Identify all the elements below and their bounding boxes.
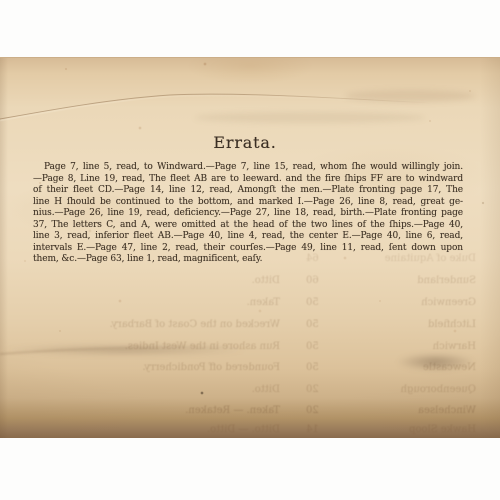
bleed-ship-name: Litchfield [346, 319, 494, 330]
bleed-guns: 20 [306, 384, 346, 395]
errata-line: nius.—Page 26, line 19, read, deficiency… [33, 208, 463, 220]
errata-line: Page 7, line 5, read, to Windward.—Page … [33, 162, 463, 174]
book-page: Duke of Aquitaine64Sunderland60Ditto.Gre… [0, 57, 500, 438]
bleed-fate: Taken. [247, 297, 306, 308]
bleed-ship-name: Winchelsea [346, 405, 494, 416]
bleed-fate: Ditto. — Ditto. [207, 424, 306, 435]
bleed-guns: 20 [306, 405, 346, 416]
photo-frame: Duke of Aquitaine64Sunderland60Ditto.Gre… [0, 0, 500, 500]
bleed-guns: 50 [306, 297, 346, 308]
bleed-ship-name: Hawke Sloop [346, 424, 494, 435]
bleed-row: Winchelsea20Taken. — Retaken. [6, 405, 494, 416]
bleed-fate: Taken. — Retaken. [185, 405, 306, 416]
bleed-guns: 50 [306, 341, 346, 352]
bleed-guns: 50 [306, 319, 346, 330]
bleed-row: Hawke Sloop14Ditto. — Ditto. [6, 424, 494, 435]
errata-line: intervals E.—Page 47, line 2, read, thei… [33, 243, 463, 255]
errata-paragraph: Page 7, line 5, read, to Windward.—Page … [33, 162, 463, 266]
bleed-row: Greenwich50Taken. [6, 297, 494, 308]
bleed-row: Queenborough20Ditto. [6, 384, 494, 395]
errata-heading: Errata. [0, 133, 490, 152]
errata-line: 37, The letters C, and A, were omitted a… [33, 220, 463, 232]
bleed-guns: 14 [306, 424, 346, 435]
bleed-fate: Wrecked on the Coast of Barbary. [110, 319, 306, 330]
bleed-fate: Ditto. [252, 275, 306, 286]
bleed-ship-name: Queenborough [346, 384, 494, 395]
errata-line: line H ſhould be continued to the bottom… [33, 197, 463, 209]
bleed-ship-name: Harwich [346, 341, 494, 352]
bleed-guns: 60 [306, 275, 346, 286]
bleed-row: Sunderland60Ditto. [6, 275, 494, 286]
bleed-fate: Ditto. [252, 384, 306, 395]
errata-line: of their fleet CD.—Page 14, line 12, rea… [33, 185, 463, 197]
errata-line: line 3, read, inferior fleet AB.—Page 40… [33, 231, 463, 243]
bleed-ship-name: Sunderland [346, 275, 494, 286]
bleed-guns: 50 [306, 362, 346, 373]
ink-bleed-smudge [195, 112, 425, 123]
errata-line: them, &c.—Page 63, line 1, read, magnifi… [33, 254, 463, 266]
bleed-ship-name: Greenwich [346, 297, 494, 308]
ink-bleed-smudge [345, 90, 475, 102]
errata-line: —Page 8, Line 19, read, The fleet AB are… [33, 174, 463, 186]
bleed-fate: Foundered off Pondicherry. [142, 362, 306, 373]
bleed-row: Litchfield50Wrecked on the Coast of Barb… [6, 319, 494, 330]
fold-shadow [388, 352, 483, 372]
fold-shadow [0, 344, 290, 356]
